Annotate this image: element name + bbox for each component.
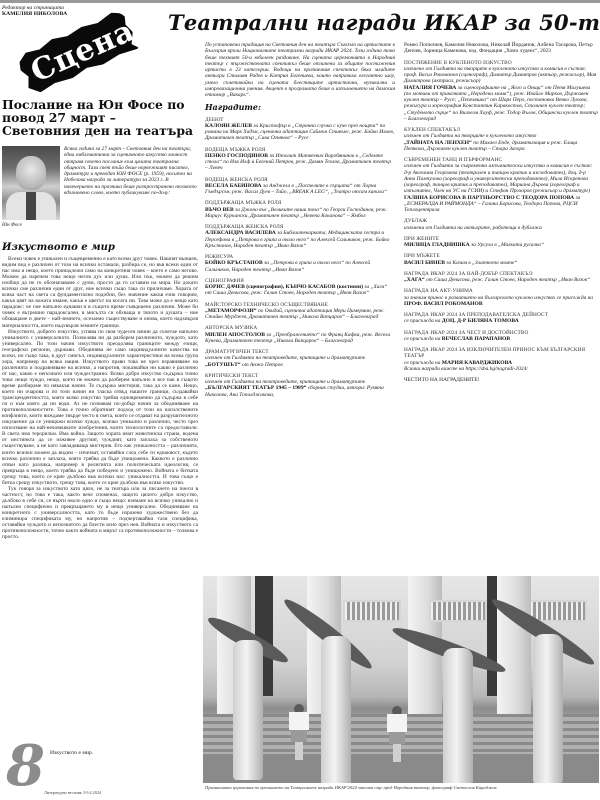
- award-jury: излъчено от Гилдията на творците в кукле…: [404, 66, 598, 85]
- award-item: ДУБЛАЖ излъчени от Гилдията на актьорите…: [404, 218, 598, 231]
- award-item: СЦЕНОГРАФИЯ БОРИС ДАЧЕВ (сценография), К…: [205, 278, 395, 297]
- award-winner: ПРОФ. ВАСИЛ РОКОМАНОВ: [404, 301, 483, 307]
- award-jury: се присъжда на: [404, 336, 440, 342]
- left-article-closing: Изкуството е мир.: [50, 750, 93, 756]
- award-winner: МИЛЕН АПОСТОЛОВ: [205, 332, 266, 338]
- award-category: НАГРАДА ИКАР 2024 ЗА ИЗКЛЮЧИТЕЛЕН ПРИНОС…: [404, 347, 598, 360]
- portrait-caption: Юн Фосе: [2, 223, 22, 228]
- body-paragraph: Изкуството, доброто изкуство, успява по …: [2, 329, 198, 486]
- photo-caption: Празничната церемония по връчването на Т…: [205, 785, 597, 790]
- center-lead: По установена традиция на Световния ден …: [205, 42, 395, 98]
- award-item: КУКЛЕН СПЕКТАКЪЛ излъчен от Гилдията на …: [404, 127, 598, 152]
- award-item: КРИТИЧЕСКИ ТЕКСТ излъчен от Гилдията на …: [205, 373, 395, 398]
- award-jury: се присъжда на: [404, 360, 440, 366]
- building-column: [497, 576, 531, 716]
- award-jury: излъчени от Гилдията на актьорите, работ…: [404, 225, 598, 231]
- left-article-subheading: Изкуството е мир: [2, 242, 115, 253]
- award-text: за сценографиите на „Яого и Онщи“ от Пет…: [404, 85, 598, 122]
- award-item: ПОСТИЖЕНИЕ В КУКЛЕНОТО ИЗКУСТВО излъчено…: [404, 60, 598, 123]
- child-legs: [295, 742, 303, 760]
- award-text: от Саша Денисова, реж. Галин Стоев, Наро…: [426, 277, 590, 283]
- stilt-performer: [443, 648, 473, 783]
- award-item: НАГРАДА ИКАР 2024 ЗА НАЙ-ДОБЪР СПЕКТАКЪЛ…: [404, 271, 598, 284]
- right-column: Ромео Попилиев, Камелия Николова, Никола…: [404, 42, 598, 383]
- award-winner: „БЪЛГАРСКИЯТ ТЕАТЪР 1945 – 1989“: [205, 385, 308, 391]
- award-item: ПОДДЪРЖАЩА ЖЕНСКА РОЛЯ АЛЕКСАНДРА ВАСИЛЕ…: [205, 224, 395, 249]
- balcony: [343, 600, 401, 622]
- award-winner: БОЙКО КРЪСТАНОВ: [205, 260, 264, 266]
- left-article-title: Послание на Юн Фосе по повод 27 март – С…: [2, 98, 198, 137]
- award-winner: „БОТУШЪТ“: [205, 362, 242, 368]
- balcony: [429, 600, 487, 622]
- portrait-photo: [2, 146, 60, 220]
- congratulations-line: ЧЕСТИТО НА НАГРАДЕНИТЕ!: [404, 377, 598, 383]
- portrait-tie: [26, 192, 36, 220]
- left-article-intro: Всяка година за 27 март – Световния ден …: [64, 146, 198, 196]
- continued-text: Ромео Попилиев, Камелия Николова, Никола…: [404, 42, 598, 55]
- award-item: НАГРАДА НА АКТ-УНИМА за значим принос в …: [404, 288, 598, 307]
- award-item: АВТОРСКА МУЗИКА МИЛЕН АПОСТОЛОВ за „Прео…: [205, 325, 395, 344]
- stilt-performer: [533, 634, 563, 783]
- section-logo: Сцена: [10, 12, 138, 88]
- award-item: НАГРАДА ИКАР 2024 ЗА ПРЕПОДАВАТЕЛСКА ДЕЙ…: [404, 312, 598, 325]
- child-skirt: [291, 730, 307, 742]
- child-shirt: [289, 712, 309, 730]
- ceremony-photo: [203, 576, 599, 783]
- award-winner: АЛЕКСАНДРА ВАСИЛЕВА: [205, 230, 277, 236]
- child-figure: [289, 704, 309, 760]
- award-item: МАЙСТОРСКО ТЕХНИЧЕСКО ОСЪЩЕСТВЯВАНЕ „МЕТ…: [205, 302, 395, 321]
- award-winner: „ТАЙНАТА НА ЛЕНХЕН“: [404, 140, 473, 146]
- center-column: По установена традиция на Световния ден …: [205, 42, 395, 403]
- award-winner: „МЕТАМОРФОЗИ“: [205, 308, 258, 314]
- body-paragraph: Тук говоря за изкуството като цяло, не з…: [2, 486, 198, 540]
- stilt-performer: [321, 636, 351, 783]
- award-item: ВОДЕЩА МЪЖКА РОЛЯ ПЕНКО ГОСПОДИНОВ за Ип…: [205, 147, 395, 172]
- award-winner: КАЛОЯН ЖЕЛЕВ: [205, 123, 253, 129]
- award-winner: ДОЦ. Д-Р БИЛЯНА ТОМОВА: [442, 318, 519, 324]
- award-winner: ГАЛИНА БОРИСОВА В ПАРТНЬОРСТВО С ТЕОДОРА…: [404, 195, 576, 201]
- page-number: 8: [6, 738, 45, 794]
- awards-website-link[interactable]: Всички награди вижте на https://sba.bg/n…: [404, 366, 598, 372]
- child-skirt: [389, 732, 405, 744]
- award-winner: НАТАЛИЯ ГОЧЕВА: [404, 85, 458, 91]
- award-item: СЪВРЕМЕНЕН ТАНЦ И ПЪРФОРМАНС излъчен от …: [404, 157, 598, 213]
- award-winner: ВАСИЛ БИНЕВ: [404, 260, 446, 266]
- award-item: НАГРАДА ИКАР 2024 ЗА ЧЕСТ И ДОСТОЙНСТВО …: [404, 330, 598, 343]
- award-winner: „ХАГА“: [404, 277, 426, 283]
- footer-note: Литературен вестник 3-9.4.2024: [44, 790, 101, 795]
- award-winner: ВЕЧЕСЛАВ ПАРАПАНОВ: [442, 336, 510, 342]
- award-winner: ВЪЧО ВЕВ: [205, 207, 235, 213]
- award-text: за Казим в „Златното момче“: [446, 260, 517, 266]
- stilt-performer: [233, 640, 263, 780]
- child-legs: [393, 744, 401, 762]
- award-winner: ПЕНКО ГОСПОДИНОВ: [205, 153, 269, 159]
- section-logo-text: Сцена: [26, 13, 140, 89]
- body-paragraph: Всеки човек е уникален и същевременно е …: [2, 256, 198, 329]
- award-item: ДЕБЮТ КАЛОЯН ЖЕЛЕВ за Кристофър в „Стран…: [205, 117, 395, 142]
- award-winner: МАРИЯ КАВАРДЖИКОВА: [442, 360, 512, 366]
- award-text: за Урсула в „Малката русалка“: [471, 242, 544, 248]
- award-winner: ВЕСЕЛА БАБИНОВА: [205, 183, 263, 189]
- left-article-body: Всеки човек е уникален и същевременно е …: [2, 256, 198, 726]
- portrait-head: [16, 156, 46, 190]
- award-item: ПОДДЪРЖАЩА МЪЖКА РОЛЯ ВЪЧО ВЕВ за Джоно …: [205, 200, 395, 219]
- award-jury: излъчен от Гилдията за съвременни изпълн…: [404, 163, 598, 194]
- child-figure: [387, 706, 407, 762]
- award-jury: се присъжда на: [404, 318, 440, 324]
- award-item: ВОДЕЩА ЖЕНСКА РОЛЯ ВЕСЕЛА БАБИНОВА за Ан…: [205, 177, 395, 196]
- award-item: НАГРАДА ИКАР 2024 ЗА ИЗКЛЮЧИТЕЛЕН ПРИНОС…: [404, 347, 598, 372]
- main-headline: Театрални награди ИКАР за 50-ти път: [168, 10, 600, 35]
- award-item: ПРИ МЪЖЕТЕ ВАСИЛ БИНЕВ за Казим в „Златн…: [404, 253, 598, 266]
- awards-heading: Наградите:: [205, 104, 395, 110]
- award-item: РЕЖИСУРА БОЙКО КРЪСТАНОВ за „Петрови в г…: [205, 254, 395, 273]
- child-shirt: [387, 714, 407, 732]
- award-item: ДРАМАТУРГИЧЕН ТЕКСТ излъчен от Гилдията …: [205, 349, 395, 368]
- top-rule: [0, 0, 600, 3]
- award-item: ПРИ ЖЕНИТЕ МИЛИЦА ГЛАДНИШКА за Урсула в …: [404, 236, 598, 249]
- award-winner: МИЛИЦА ГЛАДНИШКА: [404, 242, 471, 248]
- award-text: от Анжо Петров: [242, 362, 283, 368]
